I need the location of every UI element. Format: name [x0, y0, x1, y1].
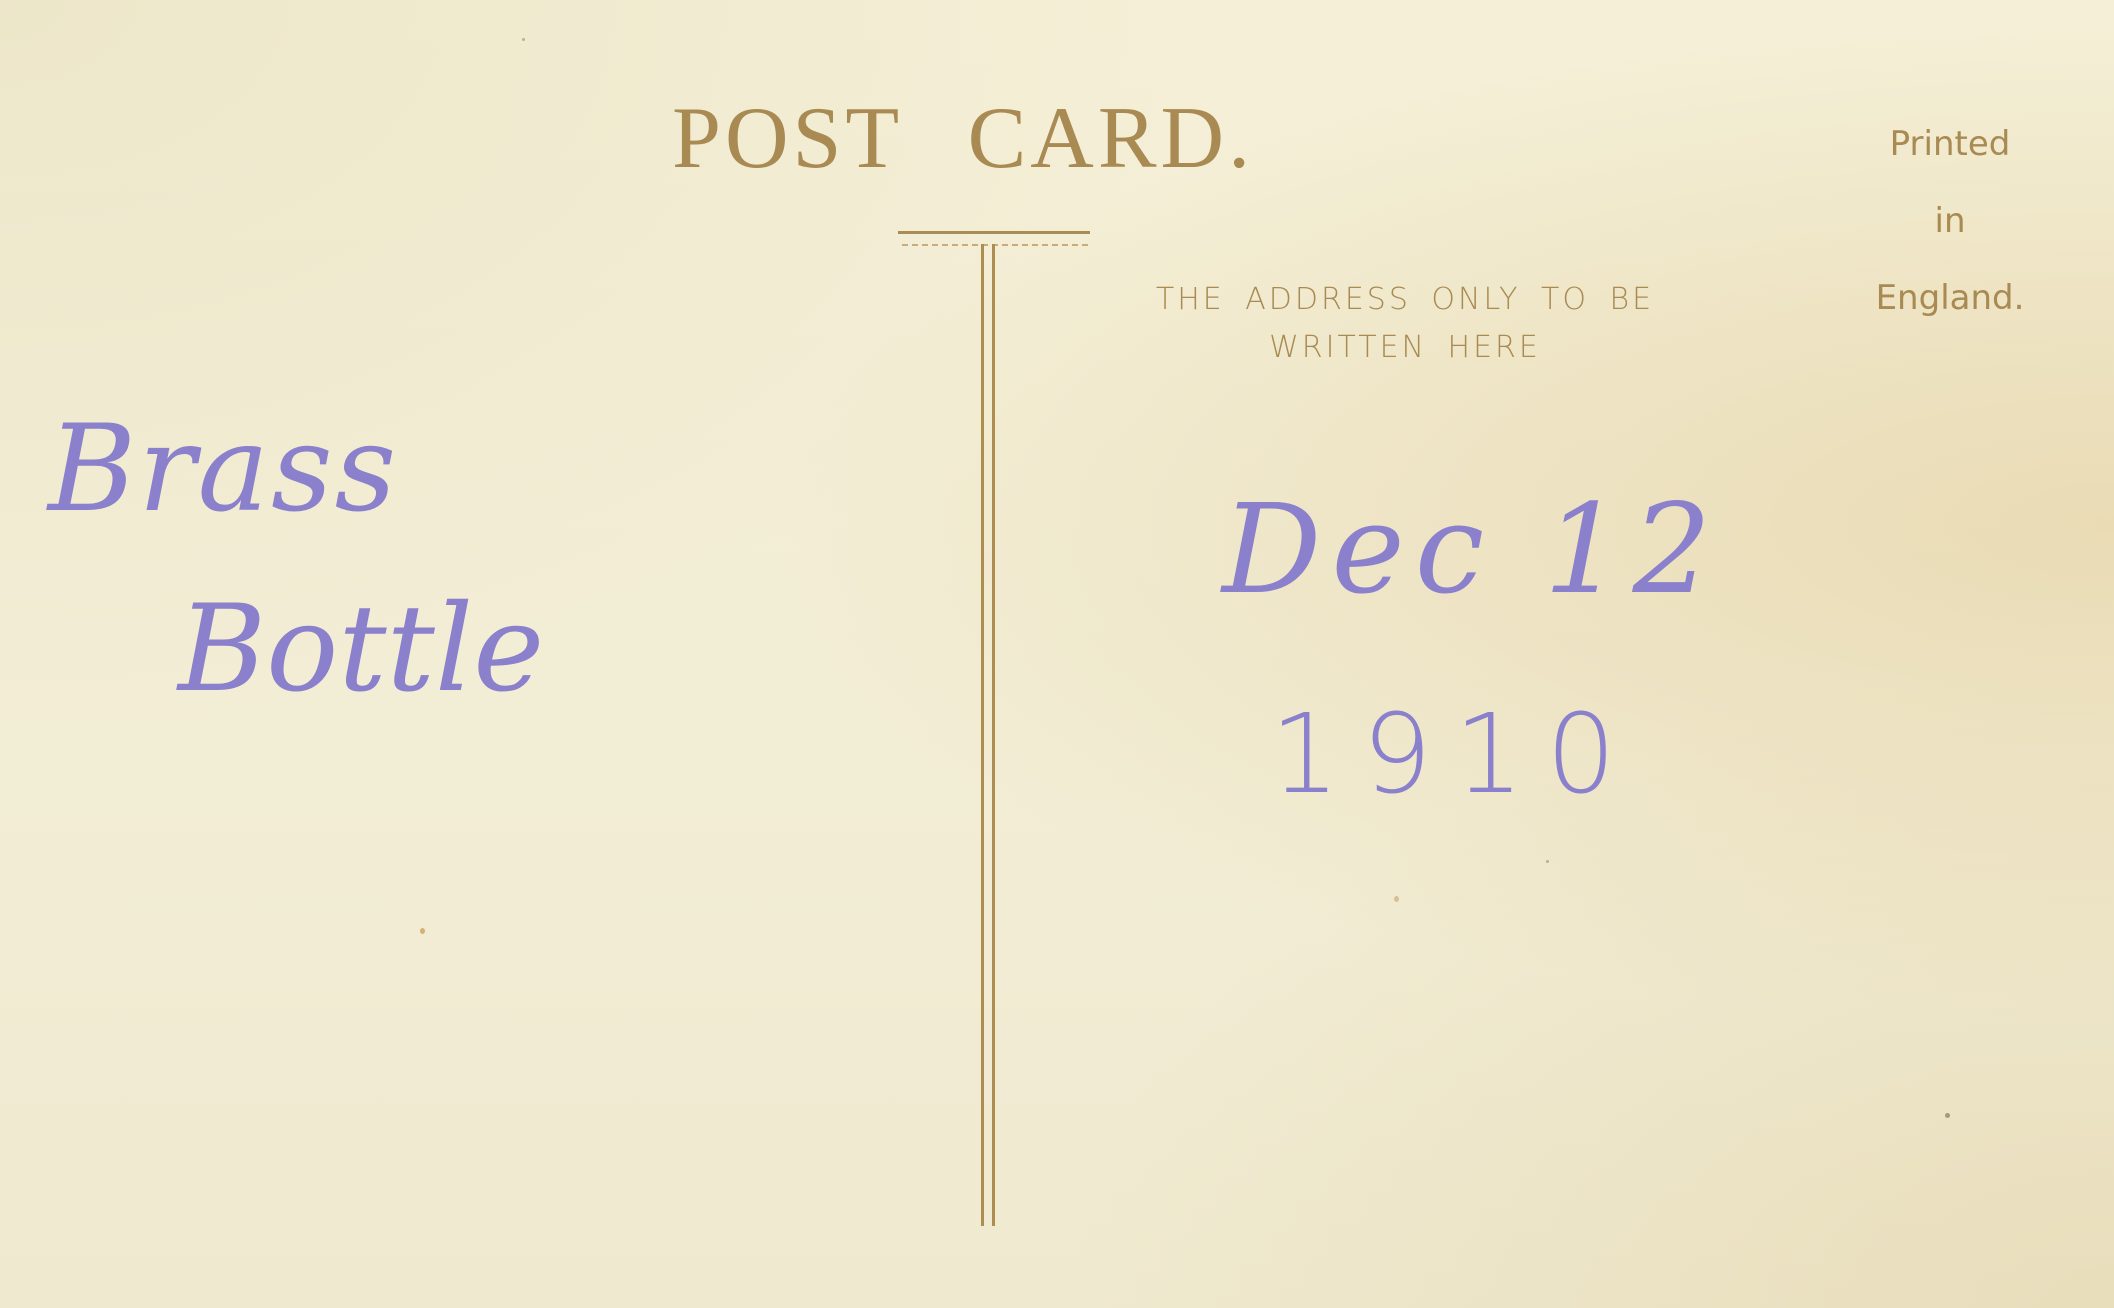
printed-in-england: Printed in England. [1840, 106, 2060, 337]
paper-speck [420, 928, 425, 934]
address-instruction: THE ADDRESS ONLY TO BE WRITTEN HERE [1080, 276, 1730, 372]
divider-line-right [992, 244, 995, 1226]
address-instruction-line2: WRITTEN HERE [1080, 324, 1730, 372]
origin-line3: England. [1840, 260, 2060, 337]
divider-crossbar-dashed [902, 244, 1088, 246]
postcard-back: POST CARD. THE ADDRESS ONLY TO BE WRITTE… [0, 0, 2114, 1308]
paper-speck [1546, 860, 1549, 863]
paper-speck [1945, 1113, 1950, 1118]
handwritten-date: Dec 12 [1222, 478, 1721, 622]
handwritten-year: 1910 [1270, 690, 1638, 818]
handwritten-bottle: Bottle [178, 580, 544, 719]
origin-line2: in [1840, 183, 2060, 260]
divider-line-left [981, 244, 984, 1226]
handwritten-brass: Brass [48, 400, 398, 539]
address-instruction-line1: THE ADDRESS ONLY TO BE [1080, 276, 1730, 324]
postcard-title: POST CARD. [672, 88, 1254, 189]
paper-speck [1394, 896, 1399, 902]
divider-crossbar [898, 231, 1090, 234]
origin-line1: Printed [1840, 106, 2060, 183]
paper-speck [522, 38, 525, 41]
